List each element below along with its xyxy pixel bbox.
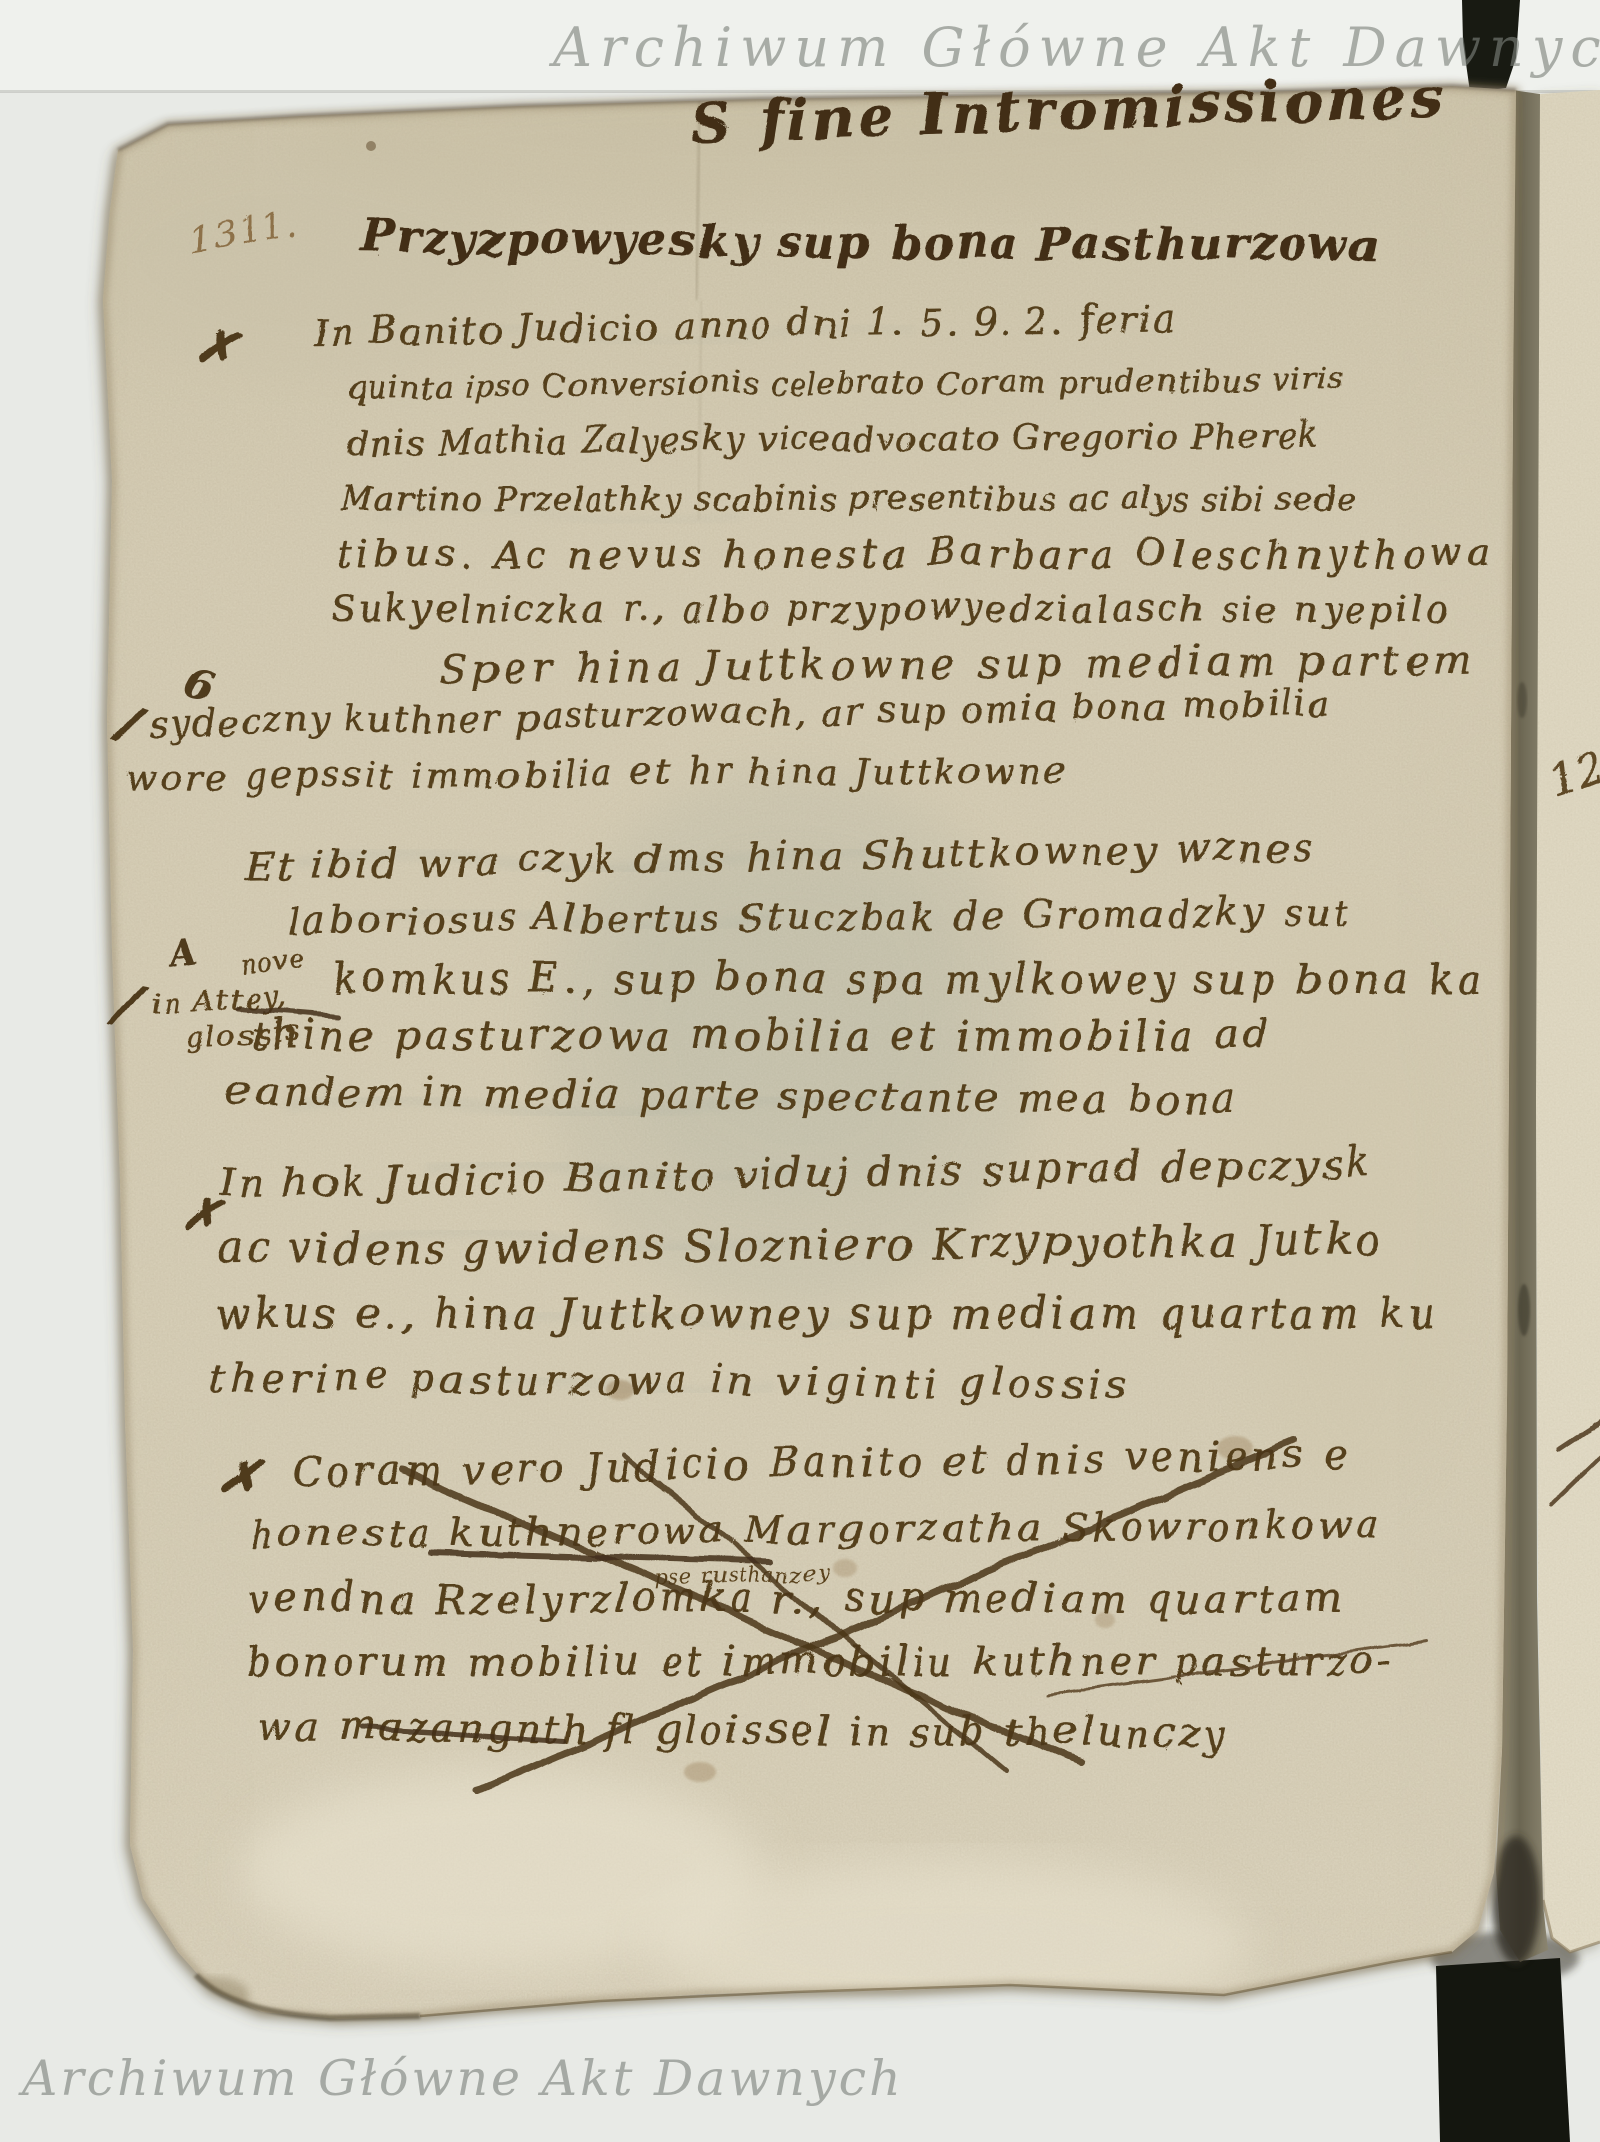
binding-strap-bottom [1436, 1958, 1570, 2142]
top-sheet-strip [0, 0, 1600, 92]
facing-page [1530, 80, 1600, 1970]
scan-scene [0, 0, 1600, 2142]
document-scan: S fine IntromissionesPrzyzpowyesky sup b… [0, 0, 1600, 2142]
manuscript-page [80, 70, 1530, 2030]
